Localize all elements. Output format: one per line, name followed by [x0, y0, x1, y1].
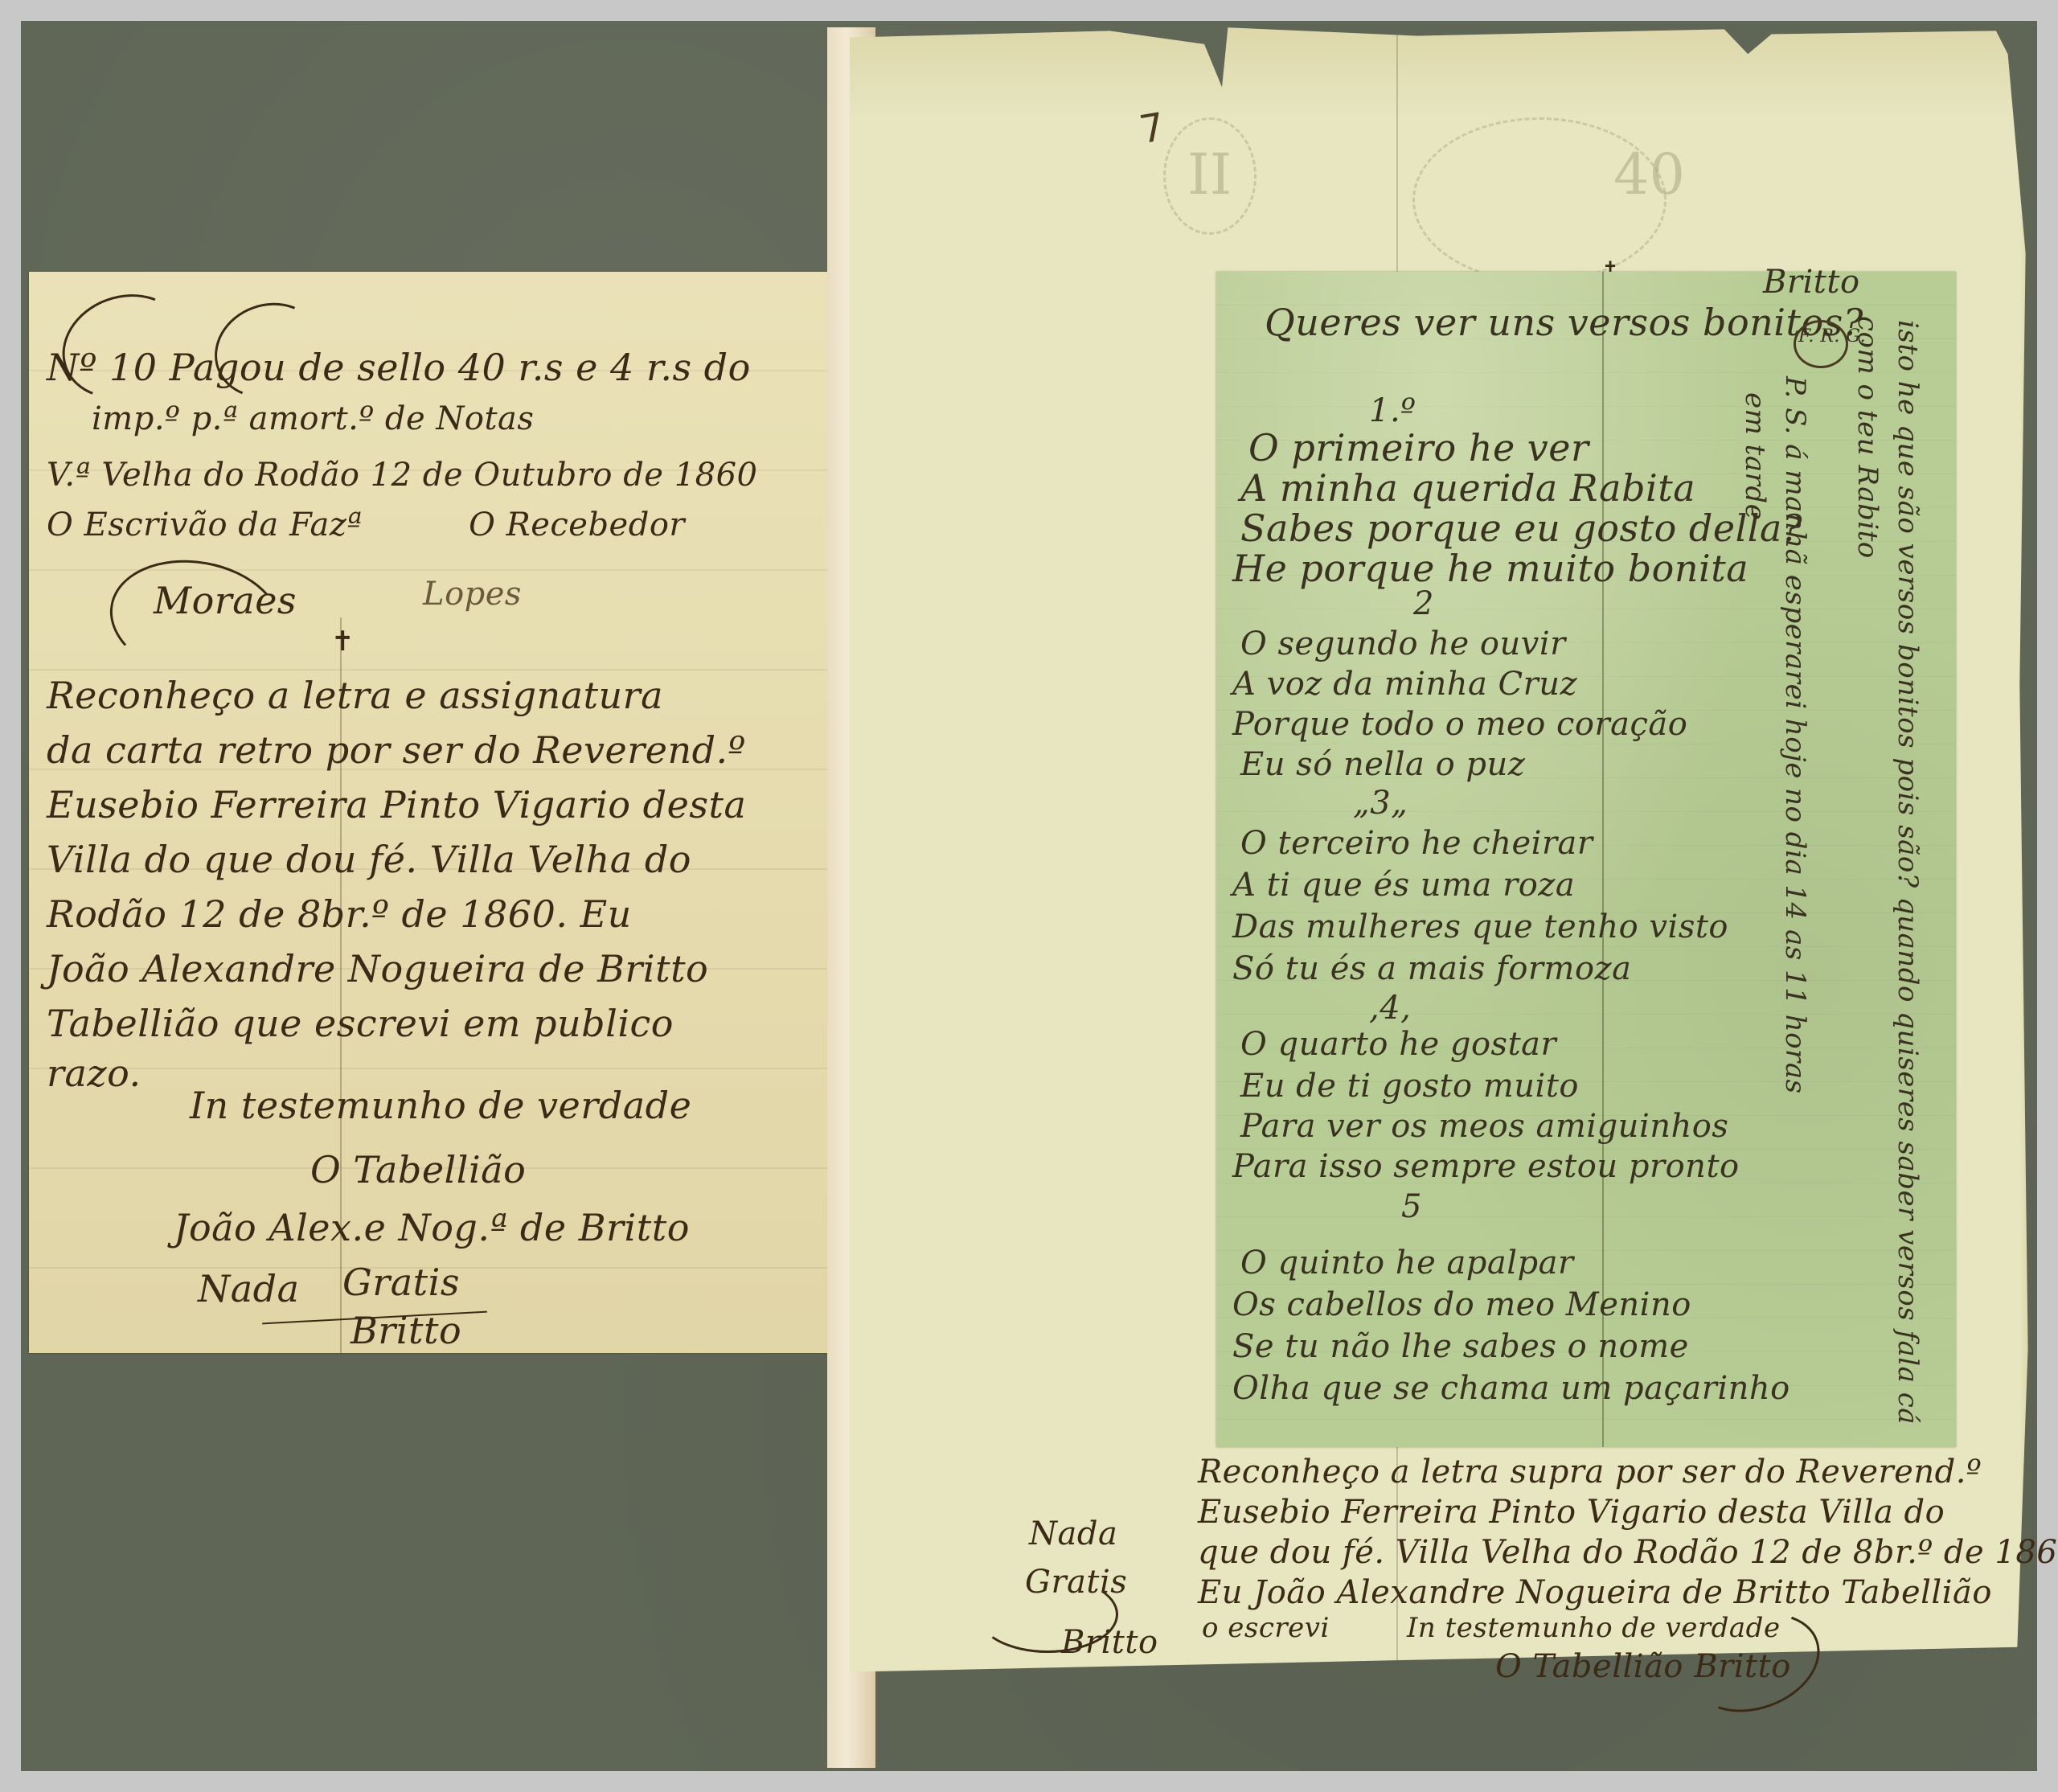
fold-line [1602, 272, 1604, 1447]
poem-line: Para ver os meos amiguinhos [1240, 1108, 1728, 1145]
signature-moraes: Moraes [154, 579, 297, 622]
attestation-line: o escrevi [1202, 1612, 1330, 1644]
stanza-number: „3„ [1353, 785, 1408, 822]
notary-signature: João Alex.e Nog.ª de Britto [174, 1206, 690, 1249]
poem-line: O segundo he ouvir [1240, 625, 1566, 662]
poem-line: Eu só nella o puz [1240, 746, 1525, 783]
poem-line: O terceiro he cheirar [1240, 825, 1593, 862]
tabelliao-title: O Tabellião [310, 1148, 526, 1191]
poem-line: A minha querida Rabita [1240, 466, 1695, 510]
poem-line: Porque todo o meo coração [1232, 706, 1687, 743]
body-line: João Alexandre Nogueira de Britto [47, 947, 708, 990]
poem-line: Eu de ti gosto muito [1240, 1068, 1579, 1105]
poem-line: Para isso sempre estou pronto [1232, 1148, 1740, 1185]
stanza-number: 1.º [1369, 392, 1416, 429]
body-line: Villa do que dou fé. Villa Velha do [47, 838, 691, 881]
body-line: razo. [47, 1052, 141, 1095]
poem-line: Sabes porque eu gosto della? [1240, 506, 1802, 550]
margin-note-nada: Nada [1029, 1515, 1117, 1552]
attestation-line: Reconheço a letra supra por ser do Rever… [1198, 1454, 1982, 1491]
poem-line: Os cabellos do meo Menino [1232, 1286, 1691, 1323]
header-line-1: Nº 10 Pagou de sello 40 r.s e 4 r.s do [47, 346, 751, 389]
attestation-line: que dou fé. Villa Velha do Rodão 12 de 8… [1198, 1534, 2058, 1571]
stanza-number: 5 [1401, 1188, 1422, 1225]
poem-line: Se tu não lhe sabes o nome [1232, 1328, 1689, 1365]
embossed-mark: II [1187, 141, 1232, 207]
margin-note-britto: Britto [1061, 1624, 1158, 1661]
poem-line: He porque he muito bonita [1232, 547, 1748, 590]
poem-line: Só tu és a mais formoza [1232, 950, 1631, 987]
side-note-vertical: isto he que são versos bonitos pois são?… [1892, 320, 1924, 1425]
body-line: Reconheço a letra e assignatura [47, 674, 663, 717]
signature-lopes: Lopes [423, 576, 522, 613]
poem-line: Das mulheres que tenho visto [1232, 908, 1728, 945]
cross-mark-icon: ✝ [331, 625, 355, 658]
side-note-vertical: com o teu Rabito [1851, 316, 1884, 559]
green-poem-note: Queres ver uns versos bonitos? 1.º O pri… [1216, 272, 1956, 1447]
stanza-number: 2 [1413, 585, 1434, 622]
poem-line: O quinto he apalpar [1240, 1245, 1574, 1281]
body-line: Eusebio Ferreira Pinto Vigario desta [47, 783, 746, 826]
fee-note-gratis: Gratis [342, 1261, 460, 1304]
stanza-number: ,4, [1369, 990, 1411, 1027]
left-document: Nº 10 Pagou de sello 40 r.s e 4 r.s do i… [29, 272, 865, 1353]
poem-line: Olha que se chama um paçarinho [1232, 1370, 1790, 1407]
poem-line: A voz da minha Cruz [1232, 666, 1577, 703]
attestation-text: In testemunho de verdade [190, 1084, 691, 1127]
side-note-vertical: P. S. á manhã esperarei hoje no dia 14 a… [1779, 376, 1811, 1094]
fee-note-nada: Nada [198, 1267, 300, 1310]
corner-signature: Britto [1763, 264, 1860, 301]
poem-line: A ti que és uma roza [1232, 867, 1575, 904]
header-line-4: O Escrivão da Fazª O Recebedor [47, 506, 685, 543]
body-line: Rodão 12 de 8br.º de 1860. Eu [47, 892, 632, 936]
embossed-mark: 40 [1613, 141, 1685, 207]
poem-title: Queres ver uns versos bonitos? [1265, 301, 1863, 344]
poem-line: O quarto he gostar [1240, 1026, 1556, 1063]
poem-line: O primeiro he ver [1248, 426, 1589, 470]
body-line: da carta retro por ser do Reverend.º [47, 728, 746, 772]
header-line-3: V.ª Velha do Rodão 12 de Outubro de 1860 [47, 457, 758, 494]
side-note-vertical: em tarde [1739, 392, 1771, 520]
attestation-line: Eusebio Ferreira Pinto Vigario desta Vil… [1198, 1494, 1945, 1531]
body-line: Tabellião que escrevi em publico [47, 1002, 674, 1045]
header-line-2: imp.º p.ª amort.º de Notas [92, 400, 534, 437]
attestation-line: Eu João Alexandre Nogueira de Britto Tab… [1198, 1574, 1992, 1611]
stamp-initials: F. R. G. [1798, 326, 1866, 347]
